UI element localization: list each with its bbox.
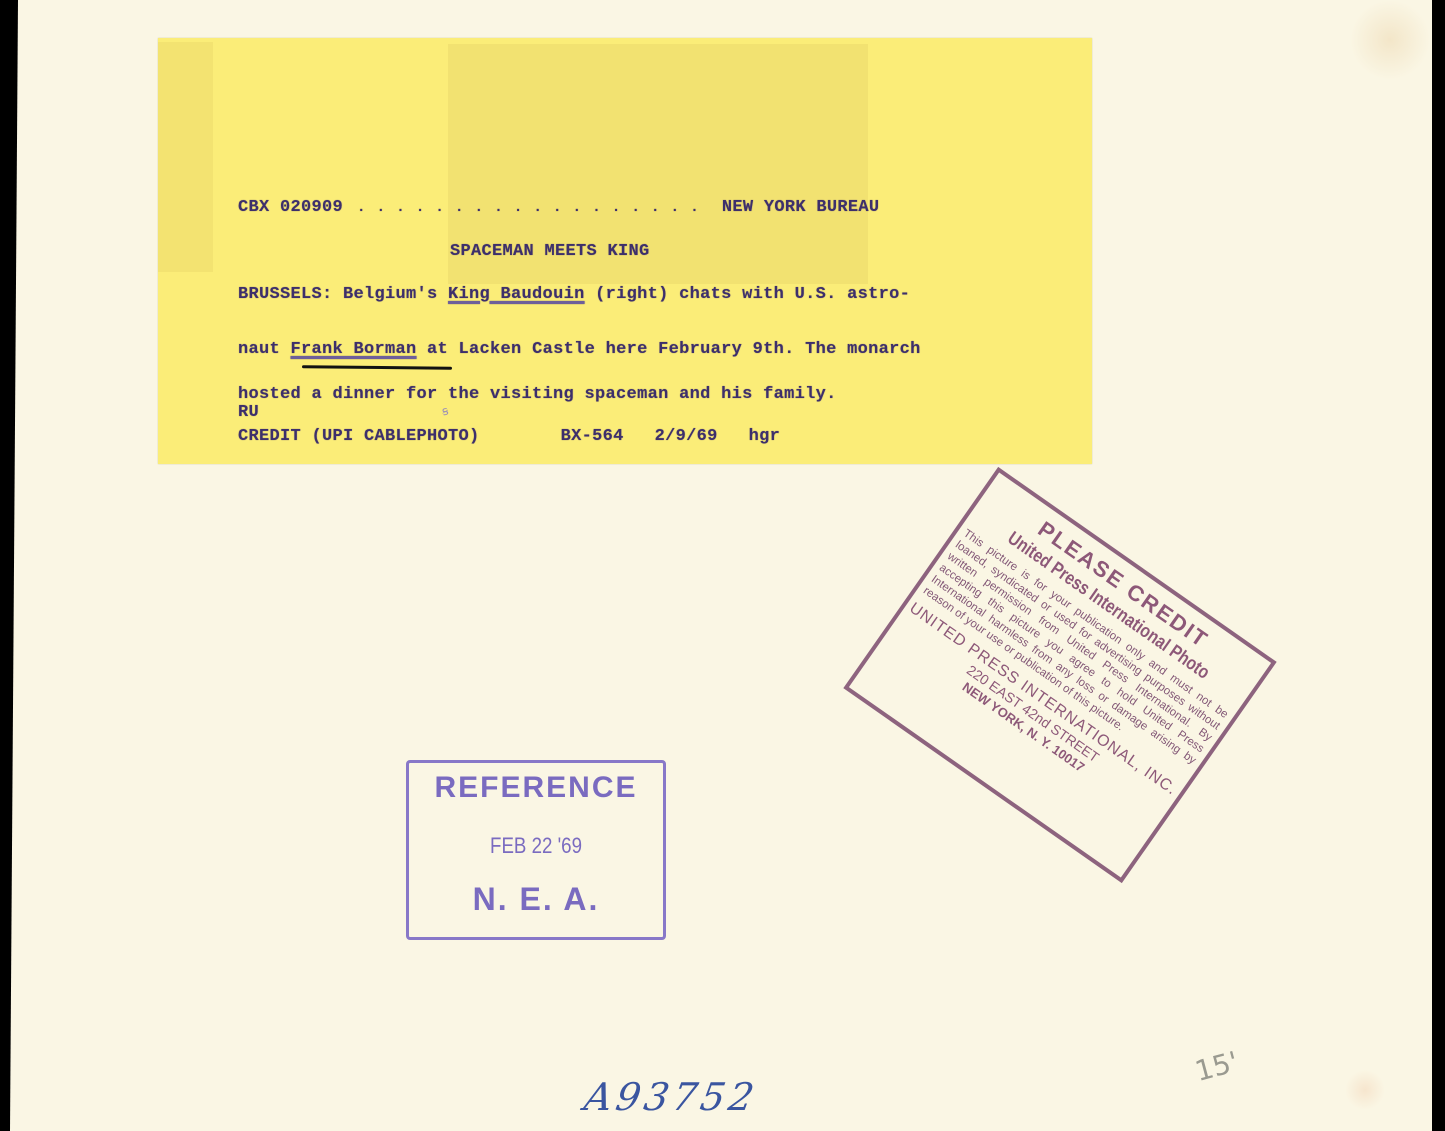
reference-stamp-date: FEB 22 '69 — [428, 833, 644, 859]
caption-line-1: BRUSSELS: Belgium's King Baudouin (right… — [238, 285, 910, 304]
underlined-name-astronaut: Frank Borman — [291, 340, 417, 359]
initials: RU — [238, 403, 259, 422]
photo-back-paper: CBX 020909..................NEW YORK BUR… — [10, 0, 1432, 1131]
credit-line: CREDIT (UPI CABLEPHOTO) BX-564 2/9/69 hg… — [238, 427, 780, 446]
credit-operator: hgr — [749, 427, 781, 446]
caption-label: CBX 020909..................NEW YORK BUR… — [158, 38, 1092, 464]
caption-line-1-prefix: BRUSSELS: Belgium's — [238, 285, 448, 304]
upi-credit-stamp: PLEASE CREDIT United Press International… — [843, 467, 1276, 883]
credit-ref: BX-564 — [561, 427, 624, 446]
caption-line-1-suffix: (right) chats with U.S. astro- — [585, 285, 911, 304]
leader-dots: .................. — [357, 200, 710, 216]
underlined-name-king: King Baudouin — [448, 285, 585, 304]
reference-stamp-title: REFERENCE — [409, 771, 663, 805]
caption-line-3-text: hosted a dinner for the visiting spacema… — [238, 385, 837, 404]
label-stain-left — [158, 42, 213, 272]
caption-line-2: naut Frank Borman at Lacken Castle here … — [238, 340, 921, 359]
caption-line-3: hosted a dinner for the visiting spacema… — [238, 385, 837, 404]
reference-stamp: REFERENCE FEB 22 '69 N. E. A. — [406, 760, 666, 940]
caption-code: CBX 020909 — [238, 198, 343, 217]
pencil-mark: 15' — [1191, 1045, 1241, 1088]
credit-date: 2/9/69 — [655, 427, 718, 446]
credit-text: CREDIT (UPI CABLEPHOTO) — [238, 427, 480, 446]
page: CBX 020909..................NEW YORK BUR… — [0, 0, 1445, 1131]
caption-line-2-suffix: at Lacken Castle here February 9th. The … — [417, 340, 921, 359]
headline: SPACEMAN MEETS KING — [450, 242, 650, 261]
handwritten-catalog-number: A93752 — [581, 1075, 761, 1119]
bureau-name: NEW YORK BUREAU — [722, 198, 880, 217]
id-line: CBX 020909..................NEW YORK BUR… — [238, 198, 879, 217]
caption-line-2-prefix: naut — [238, 340, 291, 359]
reference-stamp-organization: N. E. A. — [409, 881, 663, 918]
